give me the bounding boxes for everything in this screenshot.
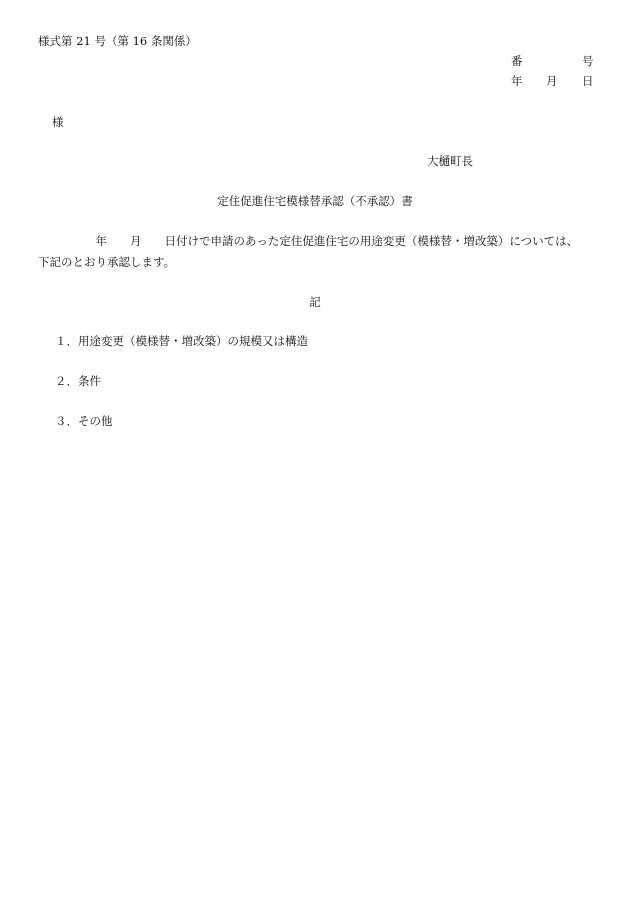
form-number: 様式第 21 号（第 16 条関係） bbox=[38, 34, 197, 48]
ki-heading: 記 bbox=[0, 295, 630, 309]
addressee: 様 bbox=[52, 115, 64, 129]
document-number-suffix: 号 bbox=[582, 54, 594, 68]
date-year: 年 bbox=[511, 74, 523, 88]
list-item: ２．条件 bbox=[55, 374, 101, 388]
document-number-label: 番 bbox=[511, 54, 523, 68]
body-text-line-1: 年 月 日付けで申請のあった定住促進住宅の用途変更（模様替・増改築）については、 bbox=[38, 234, 578, 248]
body-text-line-2: 下記のとおり承認します。 bbox=[38, 255, 175, 269]
document-title: 定住促進住宅模様替承認（不承認）書 bbox=[0, 194, 630, 208]
date-month: 月 bbox=[546, 74, 558, 88]
list-item: ３．その他 bbox=[55, 414, 113, 428]
issuer: 大樋町長 bbox=[427, 154, 473, 168]
date-day: 日 bbox=[582, 74, 594, 88]
list-item: １．用途変更（模様替・増改築）の規模又は構造 bbox=[55, 334, 308, 348]
